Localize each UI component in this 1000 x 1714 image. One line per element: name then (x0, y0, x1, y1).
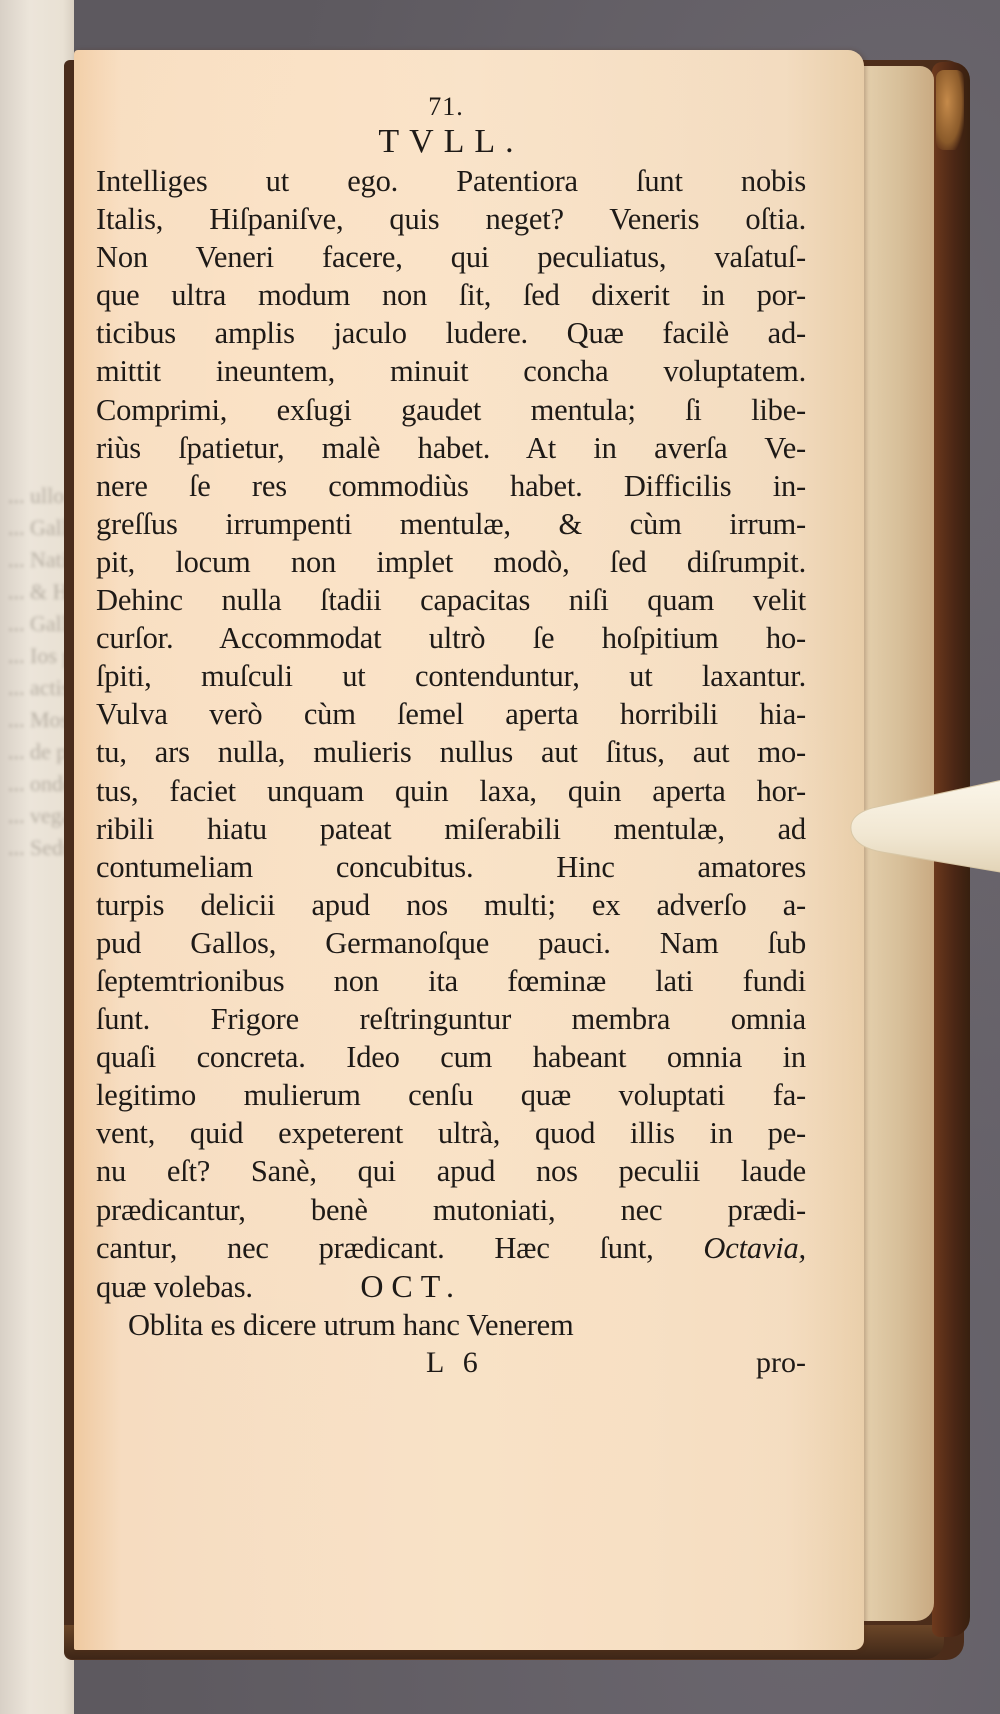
text-line: curſor. Accommodat ultrò ſe hoſpitium ho… (96, 619, 806, 657)
closing-line: quæ volebas. OCT. (96, 1267, 806, 1306)
text-line: ſeptemtrionibus non ita fœminæ lati fund… (96, 962, 806, 1000)
left-facing-page: ... ullo... Gallia... Nation... & Hisp..… (0, 0, 74, 1714)
text-line: vent, quid expeterent ultrà, quod illis … (96, 1114, 806, 1152)
text-line: nere ſe res commodiùs habet. Difficilis … (96, 467, 806, 505)
text-line: riùs ſpatietur, malè habet. At in averſa… (96, 429, 806, 467)
addressee-name: Octavia, (703, 1231, 806, 1265)
body-lines: Intelliges ut ego. Patentiora ſunt nobis… (96, 162, 806, 1267)
page-number: 71. (86, 92, 806, 122)
text-line: legitimo mulierum cenſu quæ voluptati fa… (96, 1076, 806, 1114)
speaker-heading: TVLL. (96, 122, 806, 162)
text-line: greſſus irrumpenti mentulæ, & cùm irrum- (96, 505, 806, 543)
text-line: ribili hiatu pateat miſerabili mentulæ, … (96, 810, 806, 848)
text-line: que ultra modum non ſit, ſed dixerit in … (96, 276, 806, 314)
text-line: Italis, Hiſpaniſve, quis neget? Veneris … (96, 200, 806, 238)
catchword: pro- (756, 1344, 806, 1382)
text-line: turpis delicii apud nos multi; ex adverſ… (96, 886, 806, 924)
text-line: nu eſt? Sanè, qui apud nos peculii laude (96, 1152, 806, 1190)
text-line: tu, ars nulla, mulieris nullus aut ſitus… (96, 733, 806, 771)
page-footer: L 6 pro- (96, 1344, 806, 1382)
text-line: Vulva verò cùm ſemel aperta horribili hi… (96, 695, 806, 733)
text-line: ſpiti, muſculi ut contenduntur, ut laxan… (96, 657, 806, 695)
closing-text: quæ volebas. (96, 1270, 253, 1304)
text-line: pud Gallos, Germanoſque pauci. Nam ſub (96, 924, 806, 962)
text-line: contumeliam concubitus. Hinc amatores (96, 848, 806, 886)
text-line: prædicantur, benè mutoniati, nec prædi- (96, 1191, 806, 1229)
text-line: tus, faciet unquam quin laxa, quin apert… (96, 772, 806, 810)
signature-mark: L 6 (426, 1344, 484, 1382)
text-line: Intelliges ut ego. Patentiora ſunt nobis (96, 162, 806, 200)
text-line: ticibus amplis jaculo ludere. Quæ facilè… (96, 314, 806, 352)
leather-wear-mark (936, 70, 964, 150)
text-line: ſunt. Frigore reſtringuntur membra omnia (96, 1000, 806, 1038)
next-speaker-heading: OCT. (360, 1267, 462, 1305)
text-line: mittit ineuntem, minuit concha voluptate… (96, 352, 806, 390)
text-line: cantur, nec prædicant. Hæc ſunt, Octavia… (96, 1229, 806, 1267)
text-line: pit, locum non implet modò, ſed diſrumpi… (96, 543, 806, 581)
bookmark-slip[interactable] (842, 778, 1000, 874)
page-text-block: 71. TVLL. Intelliges ut ego. Patentiora … (96, 92, 806, 1382)
text-line-content: cantur, nec prædicant. Hæc ſunt, (96, 1231, 654, 1265)
continuation-line: Oblita es dicere utrum hanc Venerem (96, 1306, 806, 1344)
text-line: Comprimi, exſugi gaudet mentula; ſi libe… (96, 391, 806, 429)
text-line: quaſi concreta. Ideo cum habeant omnia i… (96, 1038, 806, 1076)
text-line: Dehinc nulla ſtadii capacitas niſi quam … (96, 581, 806, 619)
text-line: Non Veneri facere, qui peculiatus, vaſat… (96, 238, 806, 276)
